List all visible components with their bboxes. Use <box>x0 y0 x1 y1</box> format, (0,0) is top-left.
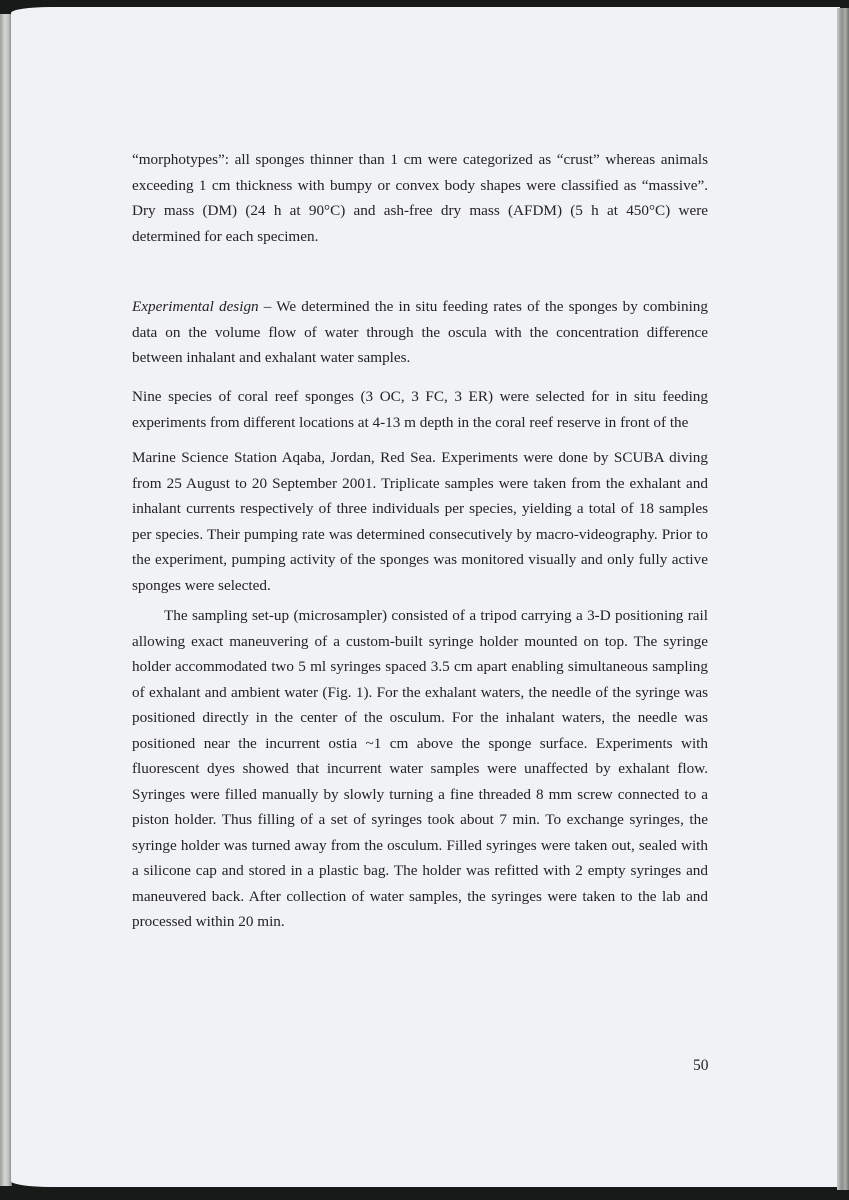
paragraph-text: The sampling set-up (microsampler) consi… <box>132 603 708 935</box>
paragraph-morphotypes: “morphotypes”: all sponges thinner than … <box>132 147 708 249</box>
paragraph-experimental-design: Experimental design – We determined the … <box>132 294 708 371</box>
section-heading: Experimental design <box>132 298 259 315</box>
paragraph-station: Marine Science Station Aqaba, Jordan, Re… <box>132 445 708 598</box>
paragraph-text: Nine species of coral reef sponges (3 OC… <box>132 384 708 435</box>
paragraph-text: Experimental design – We determined the … <box>132 294 708 371</box>
paragraph-text: Marine Science Station Aqaba, Jordan, Re… <box>132 445 708 598</box>
page-stack-edge <box>837 8 849 1190</box>
paragraph-sampling-setup: The sampling set-up (microsampler) consi… <box>132 603 708 935</box>
paragraph-species-selection: Nine species of coral reef sponges (3 OC… <box>132 384 708 435</box>
page-number: 50 <box>693 1057 709 1075</box>
paragraph-text: “morphotypes”: all sponges thinner than … <box>132 147 708 249</box>
